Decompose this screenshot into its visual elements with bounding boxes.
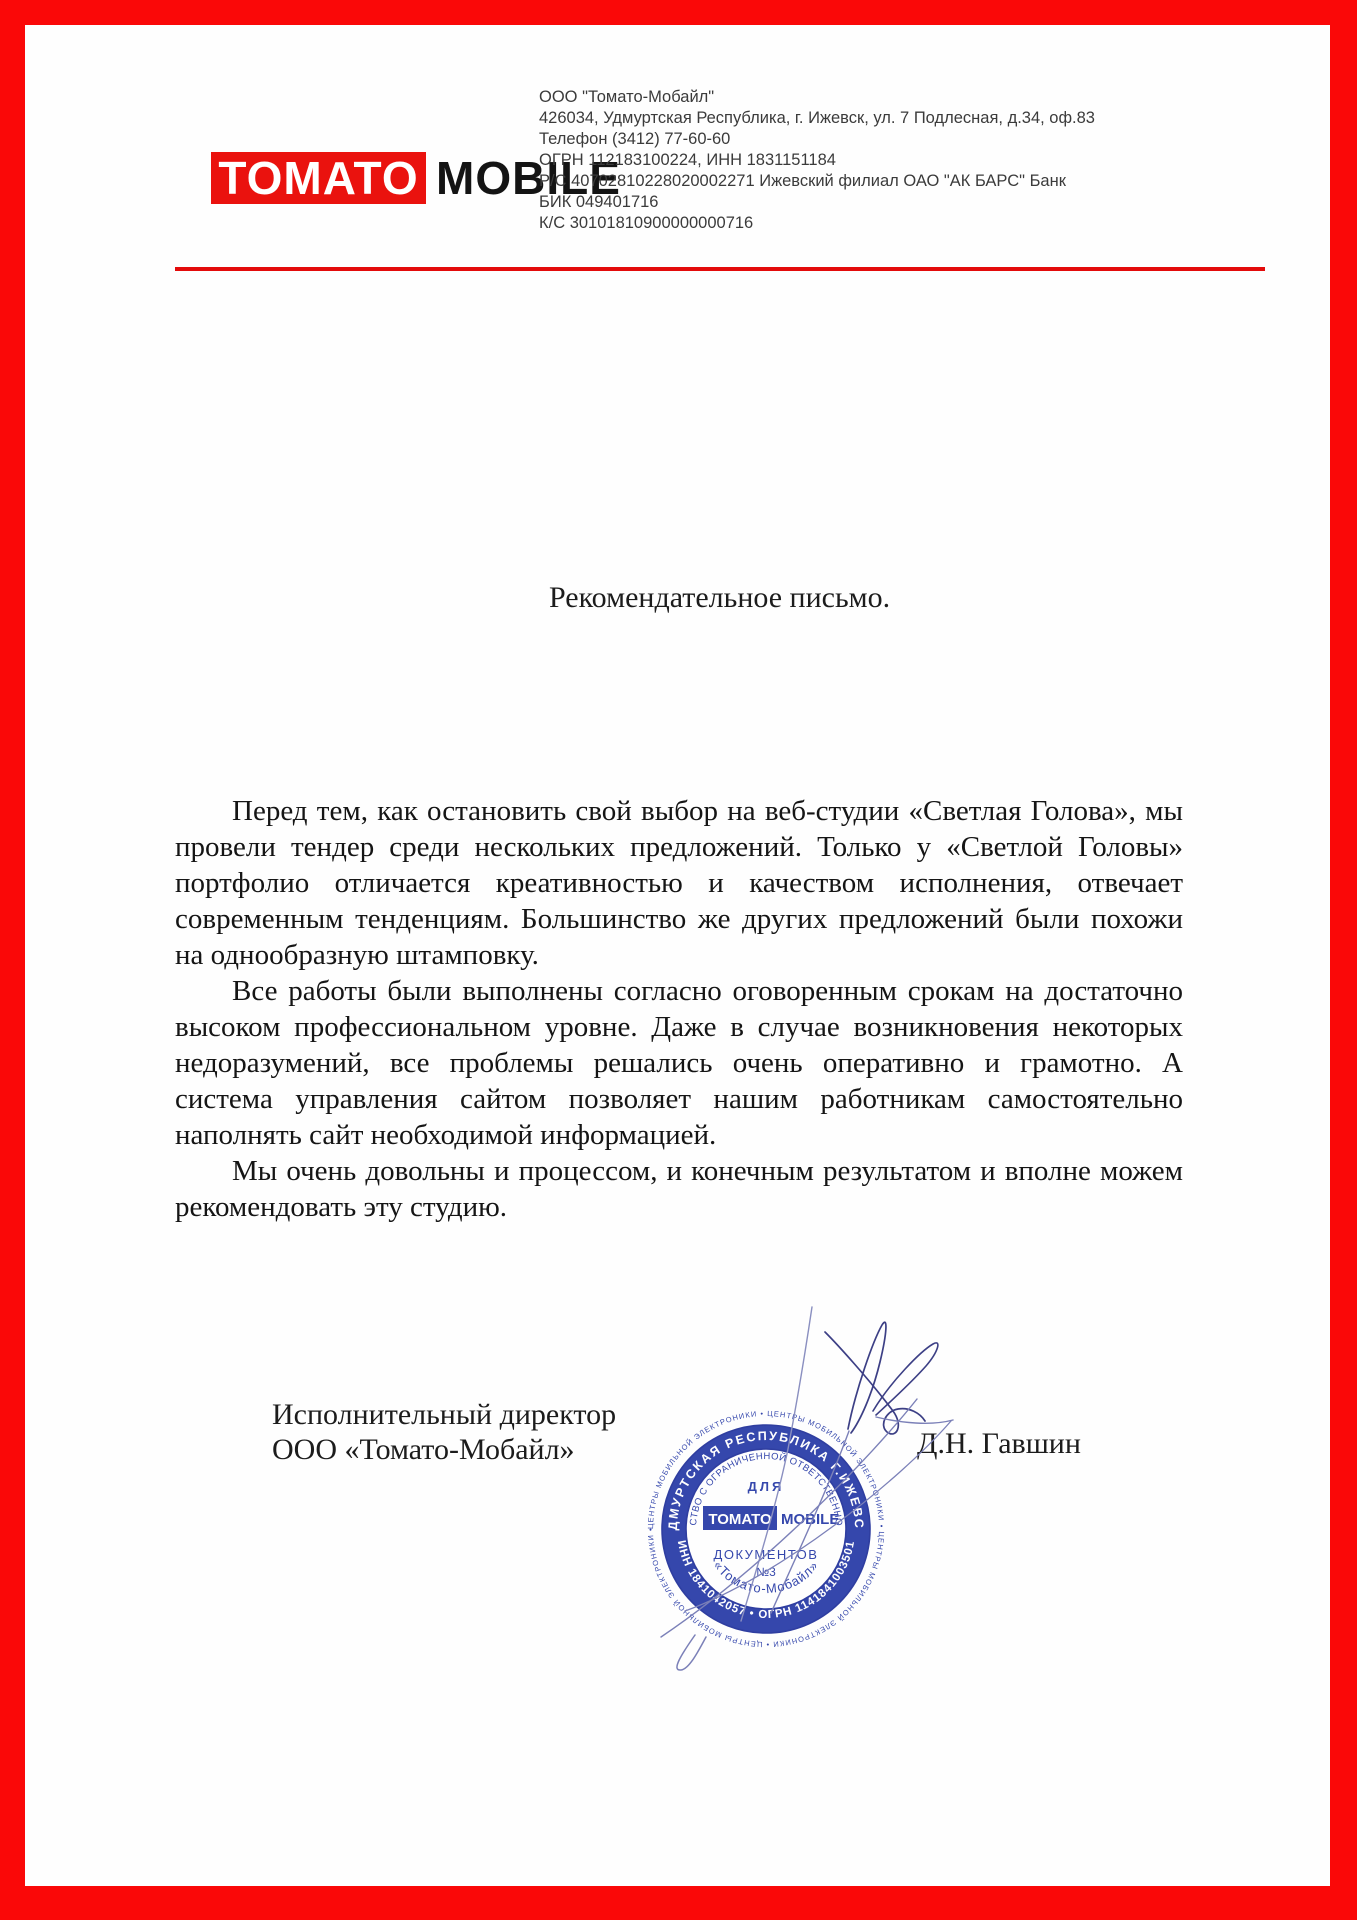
signoff-role-line1: Исполнительный директор [272,1397,616,1432]
header-divider-rule [175,267,1265,271]
signoff-role: Исполнительный директор ООО «Томато-Моба… [272,1397,616,1467]
paragraph-3: Мы очень довольны и процессом, и конечны… [175,1153,1183,1225]
company-corr-account: К/С 30101810900000000716 [539,213,1095,234]
letter-page: TOMATO MOBILE ООО "Томато-Мобайл" 426034… [0,0,1357,1920]
signoff-role-line2: ООО «Томато-Мобайл» [272,1432,616,1467]
logo-tomato-badge: TOMATO [211,152,426,204]
paragraph-2: Все работы были выполнены согласно огово… [175,973,1183,1153]
letter-body: Перед тем, как остановить свой выбор на … [175,793,1183,1225]
paragraph-1: Перед тем, как остановить свой выбор на … [175,793,1183,973]
company-bank-account: Р/С 40702810228020002271 Ижевский филиал… [539,171,1095,192]
company-phone: Телефон (3412) 77-60-60 [539,129,1095,150]
company-name: ООО "Томато-Мобайл" [539,87,1095,108]
company-details: ООО "Томато-Мобайл" 426034, Удмуртская Р… [539,87,1095,234]
company-bik: БИК 049401716 [539,192,1095,213]
company-ogrn-inn: ОГРН 112183100224, ИНН 1831151184 [539,150,1095,171]
signature-strokes [661,1307,953,1670]
letter-title: Рекомендательное письмо. [549,581,890,615]
handwritten-signature [599,1259,1059,1699]
company-address: 426034, Удмуртская Республика, г. Ижевск… [539,108,1095,129]
